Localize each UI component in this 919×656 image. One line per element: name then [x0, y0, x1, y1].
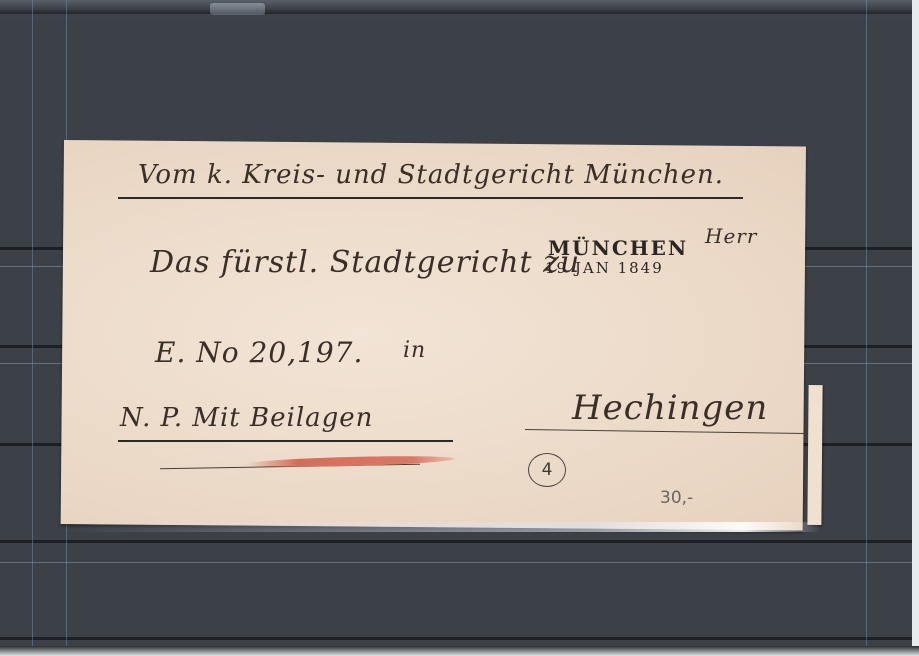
sender-underline	[118, 197, 743, 199]
album-strip-divider	[0, 540, 912, 543]
addressee-tail: Herr	[705, 224, 757, 248]
enclosure-note: N. P. Mit Beilagen	[120, 403, 373, 433]
circled-pencil-number: 4	[528, 453, 566, 487]
pencil-price: 30,-	[660, 488, 693, 508]
album-strip-divider	[0, 637, 912, 640]
in-label: in	[403, 338, 426, 363]
enclosure-underline	[118, 440, 453, 442]
circled-number-text: 4	[542, 460, 553, 480]
addressee-line: Das fürstl. Stadtgericht zu	[150, 245, 580, 280]
album-top-edge	[0, 0, 919, 14]
scan-line	[866, 0, 867, 656]
plastic-sheen	[210, 3, 265, 15]
sender-line: Vom k. Kreis- und Stadtgericht München.	[138, 160, 724, 190]
sleeve-sheen	[60, 522, 820, 532]
strip-sheen	[0, 562, 912, 563]
scan-margin	[912, 0, 919, 656]
album-bottom-edge	[0, 646, 919, 656]
postmark-city: MÜNCHEN	[548, 236, 688, 260]
scan-line	[32, 0, 33, 656]
cover-fold-flap	[807, 385, 822, 525]
postmark-date: 19 JAN 1849	[545, 259, 664, 277]
destination: Hechingen	[572, 388, 768, 428]
reference-number: E. No 20,197.	[155, 336, 363, 369]
